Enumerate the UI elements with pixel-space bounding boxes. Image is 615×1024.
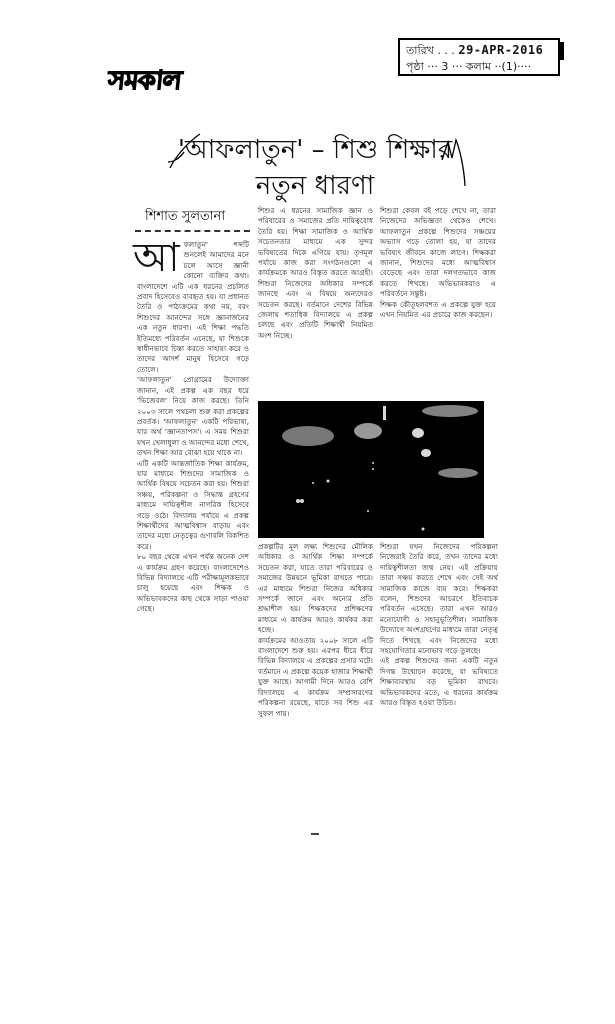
photo-halftone-image [258,401,484,538]
headline-line-1: 'আফলাতুন' – শিশু শিক্ষার [170,132,460,168]
stamp-dots: . . . [437,44,458,57]
stamp-dots: ··· [427,60,441,73]
paragraph: শিশুর এ ধরনের সামাজিক জ্ঞান ও পরিবারের ও… [258,206,373,341]
stamp-edge-mark [560,42,564,60]
paragraph: এই প্রকল্প শিশুদের জন্য একটি নতুন দিগন্ত… [380,656,498,708]
paragraph: কার্যক্রমের আওতায় ২০০৮ সালে এটি বাংলাদে… [258,636,373,719]
headline-line-2: নতুন ধারণা [170,168,460,204]
stamp-page-value: 3 [441,60,448,73]
paragraph: শিশুরা যখন নিজেদের পরিকল্পনা নিজেরাই তৈর… [380,542,498,656]
clipping-stamp: তারিখ . . . 29-APR-2016 পৃষ্ঠা ··· 3 ···… [398,38,560,76]
masthead-logo: সমকাল [106,60,183,104]
article-headline: 'আফলাতুন' – শিশু শিক্ষার নতুন ধারণা [170,132,460,204]
drop-cap: আ [133,240,180,276]
paragraph: শিশুরা কেবল বই পড়ে শেখে না, তারা নিজেদে… [380,206,496,300]
stamp-date-label: তারিখ [406,44,434,57]
stamp-column-label: কলাম [466,60,491,73]
paragraph: শিক্ষক কৌতূহলবশত এ প্রকল্পে যুক্ত হয়ে এ… [380,300,496,321]
stamp-column-value: 1 [506,60,513,73]
article-byline: শিশাত সুলতানা [145,207,225,228]
article-photo [258,401,484,538]
stamp-page-row: পৃষ্ঠা ··· 3 ··· কলাম ··(1)···· [406,59,552,75]
stamp-date-row: তারিখ . . . 29-APR-2016 [406,42,552,59]
article-column-2-bottom: প্রকল্পটির মূল লক্ষ্য শিশুদের মৌলিক অধিক… [258,542,373,719]
stamp-dots: ··· [452,60,466,73]
stamp-dots: ··( [495,60,506,73]
stamp-date-value: 29-APR-2016 [458,43,543,57]
paragraph: ৮০ বছর থেকে এখন পর্যন্ত অনেক দেশ এ কার্য… [137,552,249,614]
article-column-1: আ ফলাতুন' শব্দটি শুনলেই আমাদের মনে চলে আ… [137,240,249,615]
article-column-2-top: শিশুর এ ধরনের সামাজিক জ্ঞান ও পরিবারের ও… [258,206,373,341]
article-end-mark [311,833,319,835]
article-column-3-bottom: শিশুরা যখন নিজেদের পরিকল্পনা নিজেরাই তৈর… [380,542,498,709]
byline-divider [135,230,250,232]
stamp-dots: )···· [513,60,531,73]
stamp-page-label: পৃষ্ঠা [406,60,424,73]
paragraph: প্রকল্পটির মূল লক্ষ্য শিশুদের মৌলিক অধিক… [258,542,373,636]
paragraph: এটি একটি আন্তর্জাতিক শিক্ষা কার্যক্রম, য… [137,459,249,553]
paragraph: 'আফলাতুন' প্রোগ্রামের উদ্যোক্তা জানান, এ… [137,375,249,458]
article-column-3-top: শিশুরা কেবল বই পড়ে শেখে না, তারা নিজেদে… [380,206,496,320]
